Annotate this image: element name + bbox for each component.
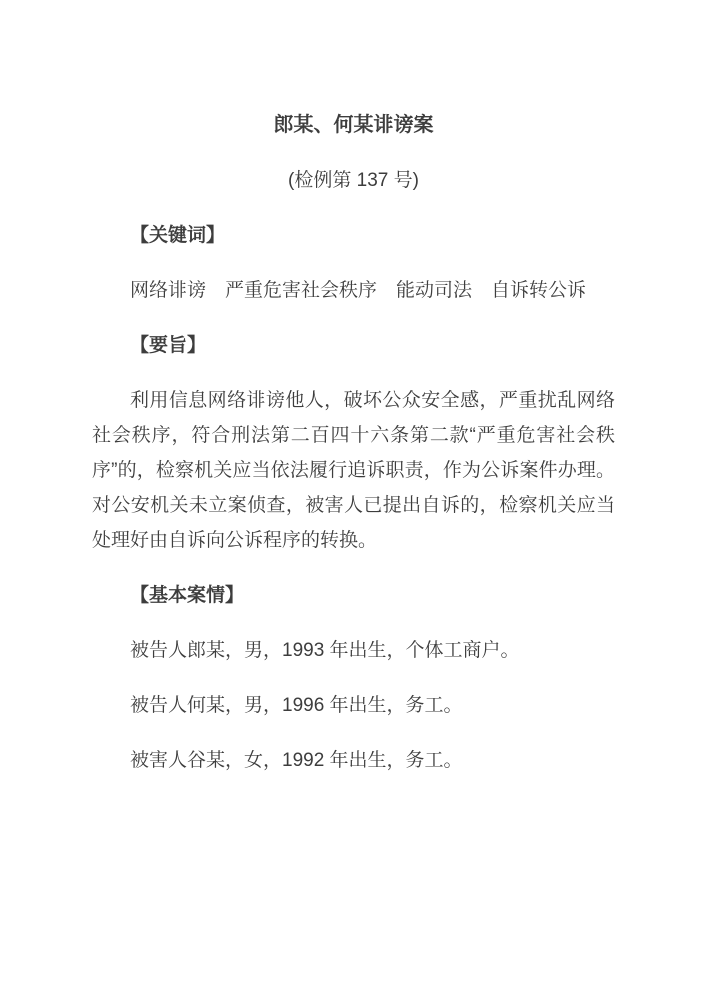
summary-paragraph: 利用信息网络诽谤他人，破坏公众安全感，严重扰乱网络社会秩序，符合刑法第二百四十六…: [92, 383, 615, 558]
summary-heading: 【要旨】: [92, 328, 615, 363]
fact-line-defendant-he: 被告人何某，男，1996 年出生，务工。: [92, 688, 615, 723]
fact-line-defendant-lang: 被告人郎某，男，1993 年出生，个体工商户。: [92, 633, 615, 668]
fact-line-victim-gu: 被害人谷某，女，1992 年出生，务工。: [92, 743, 615, 778]
facts-heading: 【基本案情】: [92, 578, 615, 613]
case-title: 郎某、何某诽谤案: [92, 108, 615, 143]
case-number: (检例第 137 号): [92, 163, 615, 198]
document-page: 郎某、何某诽谤案 (检例第 137 号) 【关键词】 网络诽谤 严重危害社会秩序…: [0, 0, 707, 999]
keywords-line: 网络诽谤 严重危害社会秩序 能动司法 自诉转公诉: [92, 273, 615, 308]
keywords-heading: 【关键词】: [92, 218, 615, 253]
